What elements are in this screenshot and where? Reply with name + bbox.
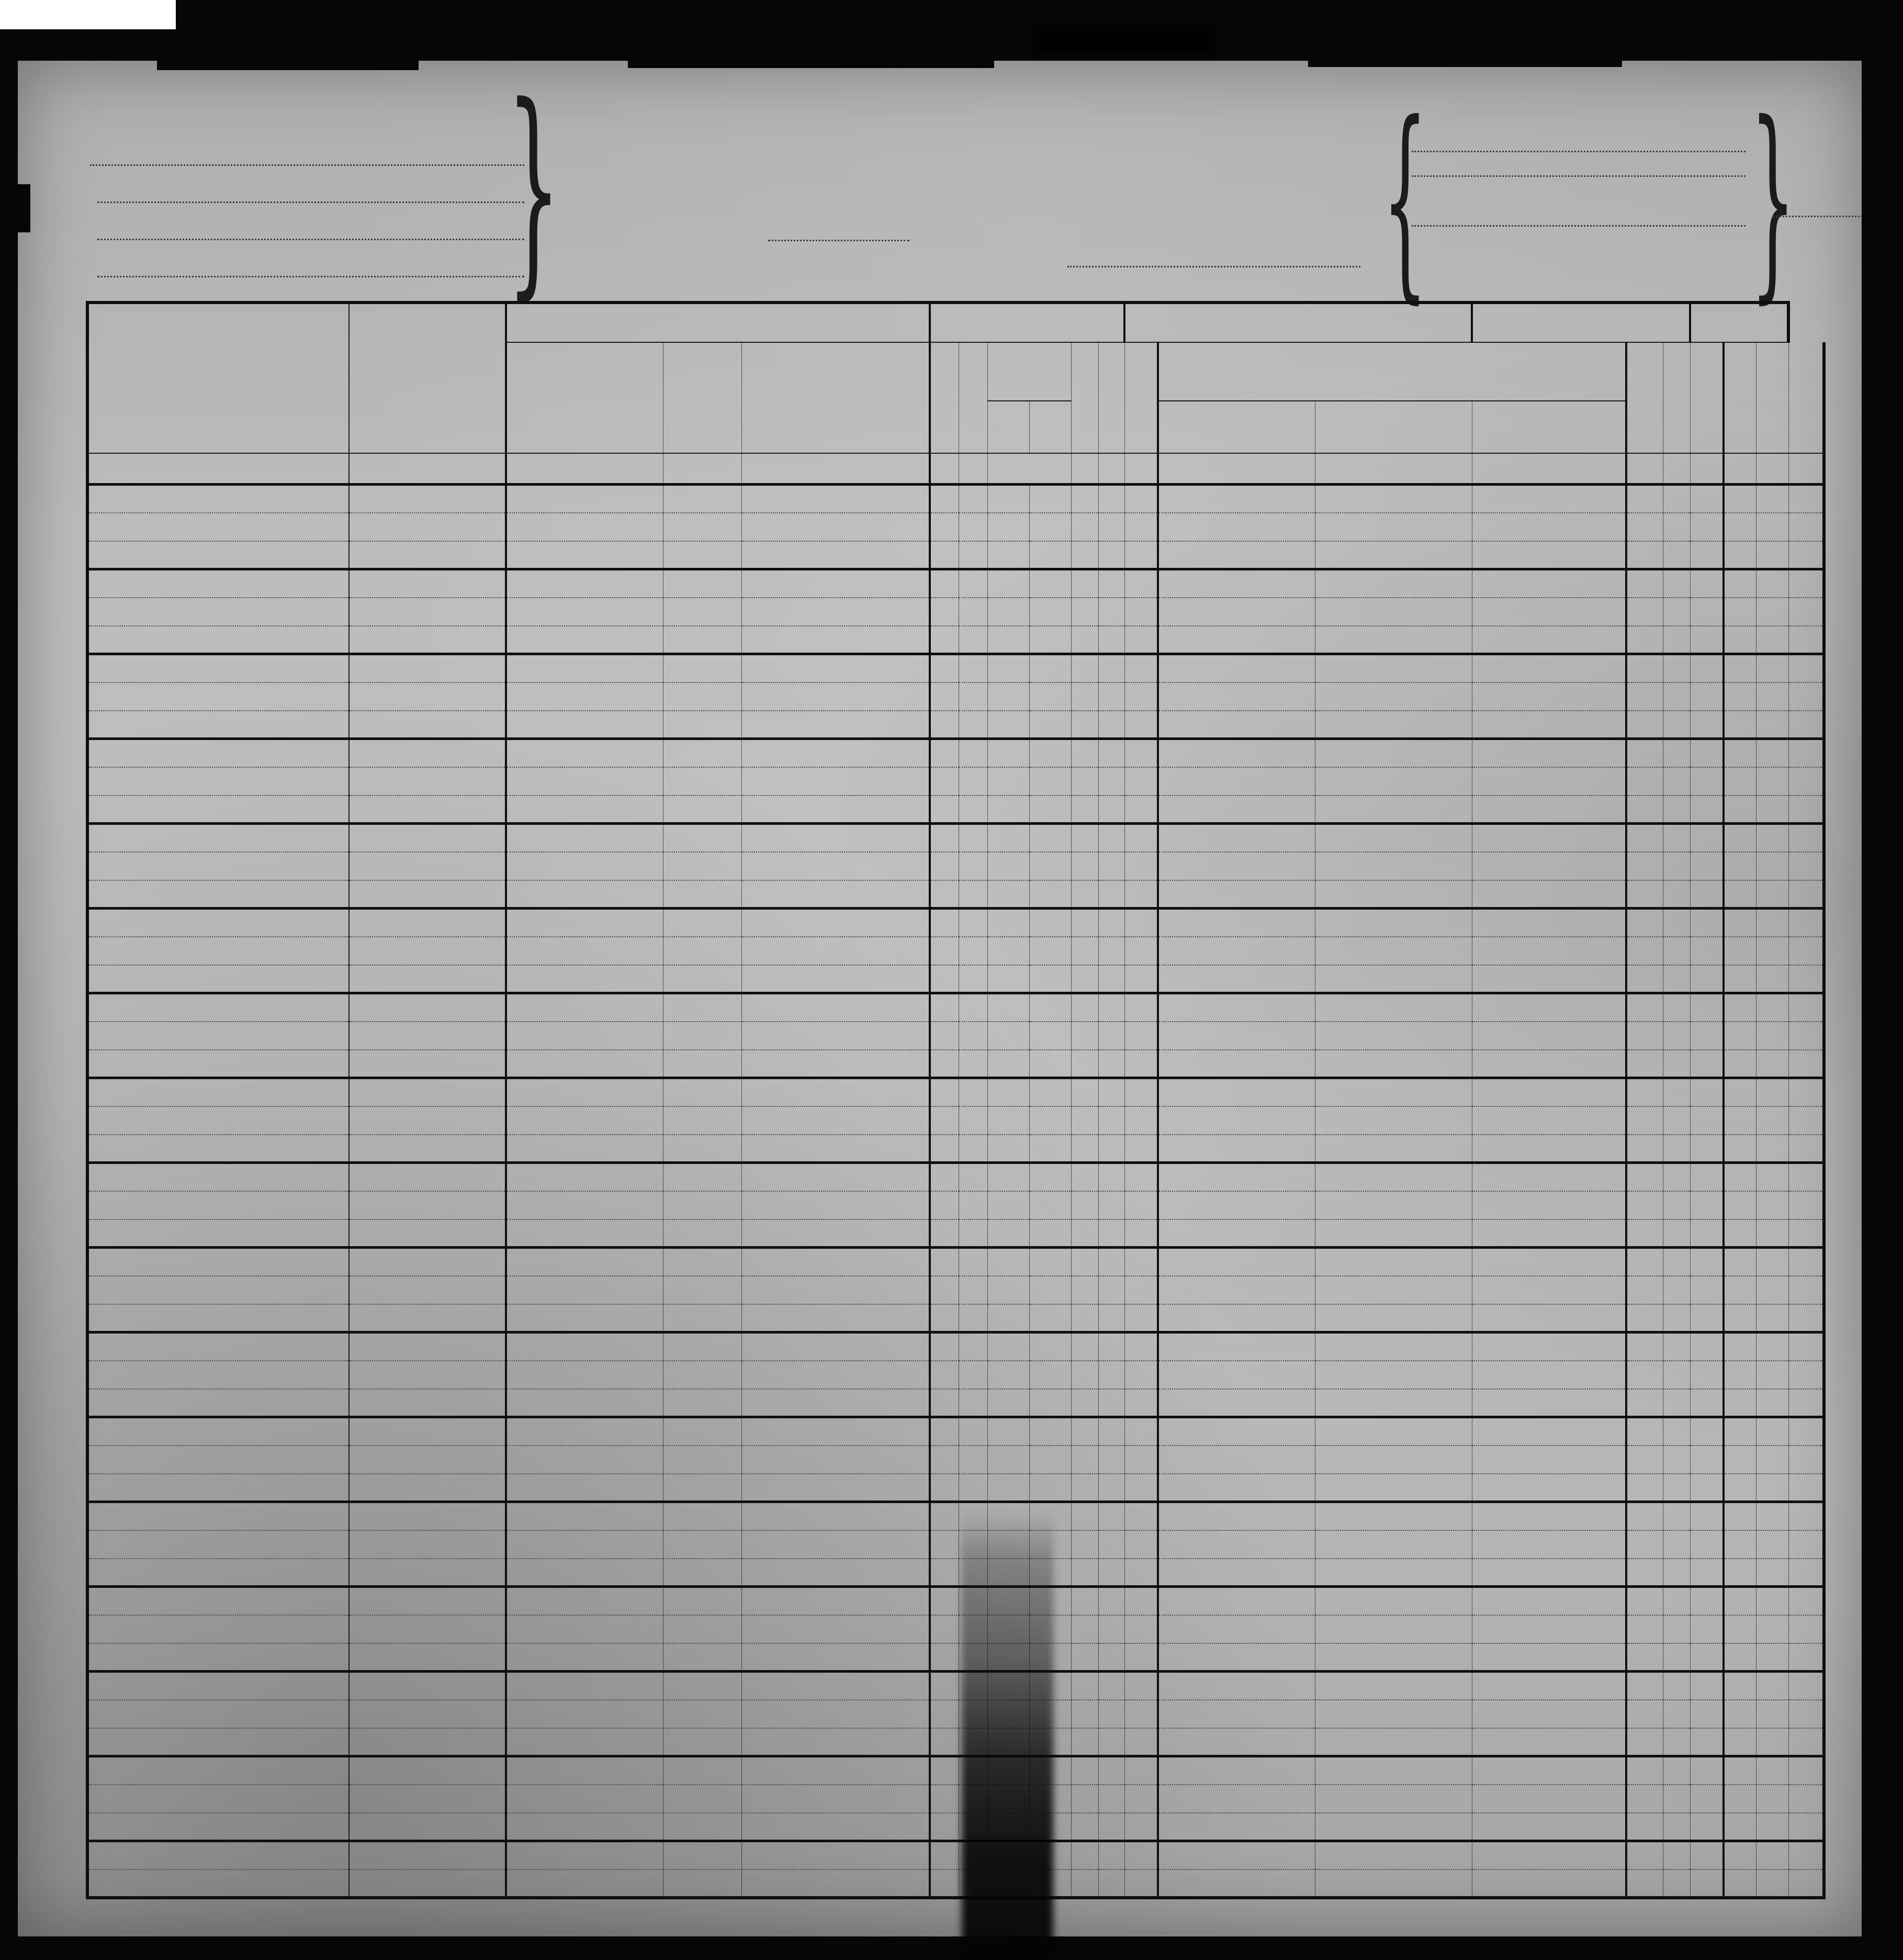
row-number [59, 965, 87, 993]
table-row [59, 1078, 1824, 1106]
cell-rank [349, 1389, 506, 1417]
cell-year [1029, 626, 1071, 654]
cell-read [1724, 1728, 1756, 1756]
cell-write [1756, 711, 1788, 739]
cell-pob-mother [1472, 598, 1626, 626]
cell-speak [1788, 1248, 1824, 1276]
cell-city [506, 937, 663, 965]
cell-speak [1788, 1813, 1824, 1841]
cell-read [1724, 1813, 1756, 1841]
cell-sex [959, 1672, 987, 1700]
cell-marital [1098, 1106, 1124, 1135]
cell-year [1029, 1530, 1071, 1559]
cell-imm-year [1626, 937, 1663, 965]
cell-age [1071, 1559, 1098, 1587]
cell-pob-father [1315, 767, 1472, 796]
cell-marital [1098, 1361, 1124, 1389]
cell-name [87, 767, 349, 796]
cell-imm-year [1626, 767, 1663, 796]
cell-write [1756, 852, 1788, 880]
cell-read [1724, 852, 1756, 880]
cell-sex [959, 880, 987, 909]
cell-year [1029, 993, 1071, 1022]
cell-street [741, 739, 930, 767]
cell-color [930, 1163, 959, 1191]
cell-nat [1690, 1785, 1724, 1813]
cell-state [663, 852, 741, 880]
cell-name [87, 1530, 349, 1559]
cell-write [1756, 909, 1788, 937]
cell-imm-year [1626, 485, 1663, 513]
cell-nat [1690, 1672, 1724, 1700]
cell-pob-father [1315, 796, 1472, 824]
cell-month [987, 852, 1029, 880]
cell-city [506, 1813, 663, 1841]
cell-city [506, 682, 663, 711]
cell-marital [1098, 1022, 1124, 1050]
row-number [59, 569, 87, 598]
col-number [663, 453, 741, 485]
cell-pob-father [1315, 1530, 1472, 1559]
cell-rank [349, 1361, 506, 1389]
cell-year [1029, 1785, 1071, 1813]
cell-pob-father [1315, 1587, 1472, 1615]
cell-imm-year [1626, 1559, 1663, 1587]
cell-pob [1158, 1106, 1315, 1135]
cell-street [741, 1559, 930, 1587]
cell-speak [1788, 1756, 1824, 1785]
cell-years-us [1663, 852, 1690, 880]
cell-state [663, 880, 741, 909]
cell-speak [1788, 993, 1824, 1022]
row-number [59, 1417, 87, 1446]
cell-rank [349, 1615, 506, 1643]
cell-years-us [1663, 711, 1690, 739]
col-number [1788, 453, 1824, 485]
cell-year [1029, 880, 1071, 909]
cell-rank [349, 1276, 506, 1304]
cell-year [1029, 1446, 1071, 1474]
cell-color [930, 1446, 959, 1474]
cell-imm-year [1626, 1361, 1663, 1389]
cell-speak [1788, 711, 1824, 739]
cell-age [1071, 1756, 1098, 1785]
cell-imm-year [1626, 993, 1663, 1022]
cell-sex [959, 1785, 987, 1813]
table-row [59, 1615, 1824, 1643]
table-row [59, 852, 1824, 880]
cell-speak [1788, 937, 1824, 965]
cell-nat [1690, 1756, 1724, 1785]
cell-pob-father [1315, 965, 1472, 993]
cell-street [741, 1615, 930, 1643]
cell-write [1756, 1135, 1788, 1163]
cell-age [1071, 1163, 1098, 1191]
nativity-note [1158, 342, 1626, 401]
cell-write [1756, 1191, 1788, 1219]
cell-speak [1788, 1672, 1824, 1700]
cell-sex [959, 965, 987, 993]
cell-street [741, 1304, 930, 1332]
table-row [59, 1813, 1824, 1841]
cell-speak [1788, 541, 1824, 569]
cell-rank [349, 1672, 506, 1700]
cell-speak [1788, 1135, 1824, 1163]
cell-color [930, 598, 959, 626]
cell-age [1071, 1304, 1098, 1332]
table-row [59, 626, 1824, 654]
cell-month [987, 796, 1029, 824]
cell-marital [1098, 541, 1124, 569]
cell-rank [349, 1474, 506, 1502]
cell-sex [959, 824, 987, 852]
cell-nat [1690, 654, 1724, 682]
cell-pob-father [1315, 1756, 1472, 1785]
cell-speak [1788, 909, 1824, 937]
cell-age [1071, 1672, 1098, 1700]
cell-city [506, 965, 663, 993]
table-row [59, 1191, 1824, 1219]
cell-read [1724, 1248, 1756, 1276]
cell-pob [1158, 1446, 1315, 1474]
cell-speak [1788, 1700, 1824, 1728]
cell-color [930, 1219, 959, 1248]
cell-age [1071, 739, 1098, 767]
cell-sex [959, 1559, 987, 1587]
cell-state [663, 1191, 741, 1219]
cell-name [87, 1248, 349, 1276]
cell-years-us [1663, 965, 1690, 993]
cell-rank [349, 796, 506, 824]
row-number [59, 1530, 87, 1559]
station-block [90, 109, 524, 277]
cell-age [1071, 1248, 1098, 1276]
cell-month [987, 1050, 1029, 1078]
cell-write [1756, 824, 1788, 852]
cell-speak [1788, 880, 1824, 909]
table-row [59, 1728, 1824, 1756]
cell-city [506, 569, 663, 598]
arm-of-service-field [1405, 204, 1746, 227]
cell-nat [1690, 626, 1724, 654]
table-row [59, 1869, 1824, 1898]
cell-city [506, 1276, 663, 1304]
cell-years-married [1124, 1672, 1158, 1700]
cell-rank [349, 993, 506, 1022]
cell-pob-father [1315, 1643, 1472, 1672]
table-row [59, 993, 1824, 1022]
cell-street [741, 626, 930, 654]
cell-marital [1098, 1446, 1124, 1474]
cell-years-married [1124, 993, 1158, 1022]
cell-pob-mother [1472, 1587, 1626, 1615]
cell-speak [1788, 1106, 1824, 1135]
cell-read [1724, 909, 1756, 937]
cell-read [1724, 1756, 1756, 1785]
cell-city [506, 626, 663, 654]
cell-nat [1690, 1022, 1724, 1050]
cell-nat [1690, 1841, 1724, 1869]
cell-read [1724, 1417, 1756, 1446]
cell-year [1029, 598, 1071, 626]
cell-years-married [1124, 739, 1158, 767]
cell-street [741, 852, 930, 880]
cell-pob-mother [1472, 739, 1626, 767]
cell-rank [349, 1587, 506, 1615]
cell-pob-father [1315, 909, 1472, 937]
cell-years-us [1663, 1276, 1690, 1304]
cell-nat [1690, 796, 1724, 824]
cell-street [741, 541, 930, 569]
table-row [59, 796, 1824, 824]
cell-imm-year [1626, 1587, 1663, 1615]
cell-marital [1098, 824, 1124, 852]
cell-street [741, 937, 930, 965]
cell-write [1756, 965, 1788, 993]
cell-rank [349, 1785, 506, 1813]
cell-year [1029, 654, 1071, 682]
cell-age [1071, 1276, 1098, 1304]
cell-pob [1158, 1022, 1315, 1050]
cell-street [741, 1332, 930, 1361]
cell-speak [1788, 1304, 1824, 1332]
group-header-residence [506, 303, 930, 342]
cell-year [1029, 796, 1071, 824]
cell-rank [349, 1728, 506, 1756]
cell-sex [959, 1219, 987, 1248]
cell-imm-year [1626, 513, 1663, 541]
cell-street [741, 909, 930, 937]
cell-read [1724, 1163, 1756, 1191]
row-number [59, 1700, 87, 1728]
cell-pob [1158, 937, 1315, 965]
cell-years-married [1124, 1559, 1158, 1587]
cell-imm-year [1626, 1672, 1663, 1700]
cell-color [930, 1135, 959, 1163]
cell-imm-year [1626, 1191, 1663, 1219]
col-header-dob [987, 342, 1071, 401]
cell-read [1724, 937, 1756, 965]
cell-years-us [1663, 1304, 1690, 1332]
cell-write [1756, 1587, 1788, 1615]
cell-pob [1158, 711, 1315, 739]
row-number [59, 513, 87, 541]
row-number [59, 541, 87, 569]
cell-pob [1158, 569, 1315, 598]
cell-state [663, 1022, 741, 1050]
cell-year [1029, 1474, 1071, 1502]
cell-street [741, 711, 930, 739]
cell-name [87, 1219, 349, 1248]
cell-years-us [1663, 1643, 1690, 1672]
cell-pob-mother [1472, 1248, 1626, 1276]
table-row [59, 598, 1824, 626]
cell-state [663, 1841, 741, 1869]
cell-pob [1158, 1135, 1315, 1163]
cell-years-married [1124, 1135, 1158, 1163]
cell-state [663, 485, 741, 513]
cell-city [506, 796, 663, 824]
cell-marital [1098, 1700, 1124, 1728]
cell-city [506, 1841, 663, 1869]
cell-imm-year [1626, 1841, 1663, 1869]
cell-pob-father [1315, 1304, 1472, 1332]
cell-pob [1158, 654, 1315, 682]
cell-imm-year [1626, 1446, 1663, 1474]
cell-pob-father [1315, 1417, 1472, 1446]
cell-pob [1158, 1559, 1315, 1587]
cell-speak [1788, 796, 1824, 824]
cell-color [930, 682, 959, 711]
table-row [59, 654, 1824, 682]
cell-speak [1788, 739, 1824, 767]
cell-marital [1098, 1869, 1124, 1898]
cell-pob [1158, 1615, 1315, 1643]
col-number [87, 453, 349, 485]
cell-city [506, 1106, 663, 1135]
cell-imm-year [1626, 739, 1663, 767]
cell-pob [1158, 1276, 1315, 1304]
cell-nat [1690, 1559, 1724, 1587]
cell-state [663, 1106, 741, 1135]
cell-years-us [1663, 796, 1690, 824]
cell-nat [1690, 937, 1724, 965]
table-row [59, 1332, 1824, 1361]
cell-month [987, 485, 1029, 513]
cell-city [506, 1389, 663, 1417]
group-header-personal [930, 303, 1124, 342]
table-row [59, 1559, 1824, 1587]
cell-month [987, 1304, 1029, 1332]
cell-age [1071, 1219, 1098, 1248]
cell-imm-year [1626, 1813, 1663, 1841]
row-number [59, 852, 87, 880]
cell-nat [1690, 909, 1724, 937]
cell-nat [1690, 1050, 1724, 1078]
cell-year [1029, 767, 1071, 796]
cell-nat [1690, 1615, 1724, 1643]
cell-write [1756, 598, 1788, 626]
cell-state [663, 1219, 741, 1248]
cell-name [87, 485, 349, 513]
cell-marital [1098, 1785, 1124, 1813]
scan-edge-artifact [1308, 51, 1622, 67]
cell-city [506, 1559, 663, 1587]
cell-state [663, 513, 741, 541]
cell-write [1756, 626, 1788, 654]
cell-years-married [1124, 541, 1158, 569]
table-row [59, 1841, 1824, 1869]
cell-sex [959, 485, 987, 513]
cell-state [663, 1785, 741, 1813]
row-number [59, 1474, 87, 1502]
cell-city [506, 1022, 663, 1050]
cell-year [1029, 1756, 1071, 1785]
cell-state [663, 1135, 741, 1163]
cell-write [1756, 1615, 1788, 1643]
cell-year [1029, 1559, 1071, 1587]
cell-street [741, 598, 930, 626]
cell-state [663, 1728, 741, 1756]
cell-imm-year [1626, 1728, 1663, 1756]
cell-color [930, 1785, 959, 1813]
cell-street [741, 880, 930, 909]
cell-pob-father [1315, 711, 1472, 739]
cell-name [87, 937, 349, 965]
cell-city [506, 824, 663, 852]
cell-years-married [1124, 1191, 1158, 1219]
cell-pob-father [1315, 1191, 1472, 1219]
cell-pob-mother [1472, 1474, 1626, 1502]
regiment-field [1405, 154, 1746, 177]
cell-years-us [1663, 1389, 1690, 1417]
cell-imm-year [1626, 1106, 1663, 1135]
cell-years-married [1124, 1022, 1158, 1050]
cell-write [1756, 880, 1788, 909]
cell-pob-father [1315, 1219, 1472, 1248]
cell-years-us [1663, 1078, 1690, 1106]
row-number-gutter [59, 342, 87, 401]
cell-year [1029, 1615, 1071, 1643]
group-header-nativity [1124, 303, 1472, 342]
sheet-number-line [1773, 210, 1867, 217]
cell-years-us [1663, 1332, 1690, 1361]
cell-year [1029, 1050, 1071, 1078]
cell-read [1724, 1276, 1756, 1304]
cell-years-married [1124, 880, 1158, 909]
cell-years-us [1663, 1530, 1690, 1559]
row-number [59, 598, 87, 626]
cell-marital [1098, 1728, 1124, 1756]
table-row [59, 682, 1824, 711]
cell-nat [1690, 1219, 1724, 1248]
cell-year [1029, 937, 1071, 965]
cell-pob-father [1315, 654, 1472, 682]
cell-write [1756, 1559, 1788, 1587]
cell-month [987, 824, 1029, 852]
cell-name [87, 965, 349, 993]
cell-color [930, 824, 959, 852]
cell-pob-mother [1472, 1332, 1626, 1361]
cell-state [663, 1248, 741, 1276]
cell-year [1029, 1135, 1071, 1163]
cell-years-married [1124, 767, 1158, 796]
cell-speak [1788, 1361, 1824, 1389]
cell-name [87, 1022, 349, 1050]
cell-nat [1690, 1078, 1724, 1106]
cell-years-us [1663, 1841, 1690, 1869]
cell-pob-father [1315, 993, 1472, 1022]
cell-imm-year [1626, 682, 1663, 711]
table-row [59, 1248, 1824, 1276]
cell-street [741, 1474, 930, 1502]
row-number [59, 1615, 87, 1643]
cell-state [663, 1869, 741, 1898]
cell-speak [1788, 1869, 1824, 1898]
cell-speak [1788, 1078, 1824, 1106]
cell-write [1756, 1728, 1788, 1756]
cell-sex [959, 1869, 987, 1898]
cell-years-married [1124, 682, 1158, 711]
cell-month [987, 739, 1029, 767]
cell-nat [1690, 513, 1724, 541]
cell-pob-mother [1472, 909, 1626, 937]
cell-imm-year [1626, 880, 1663, 909]
cell-age [1071, 1587, 1098, 1615]
cell-read [1724, 513, 1756, 541]
cell-marital [1098, 965, 1124, 993]
cell-color [930, 1813, 959, 1841]
